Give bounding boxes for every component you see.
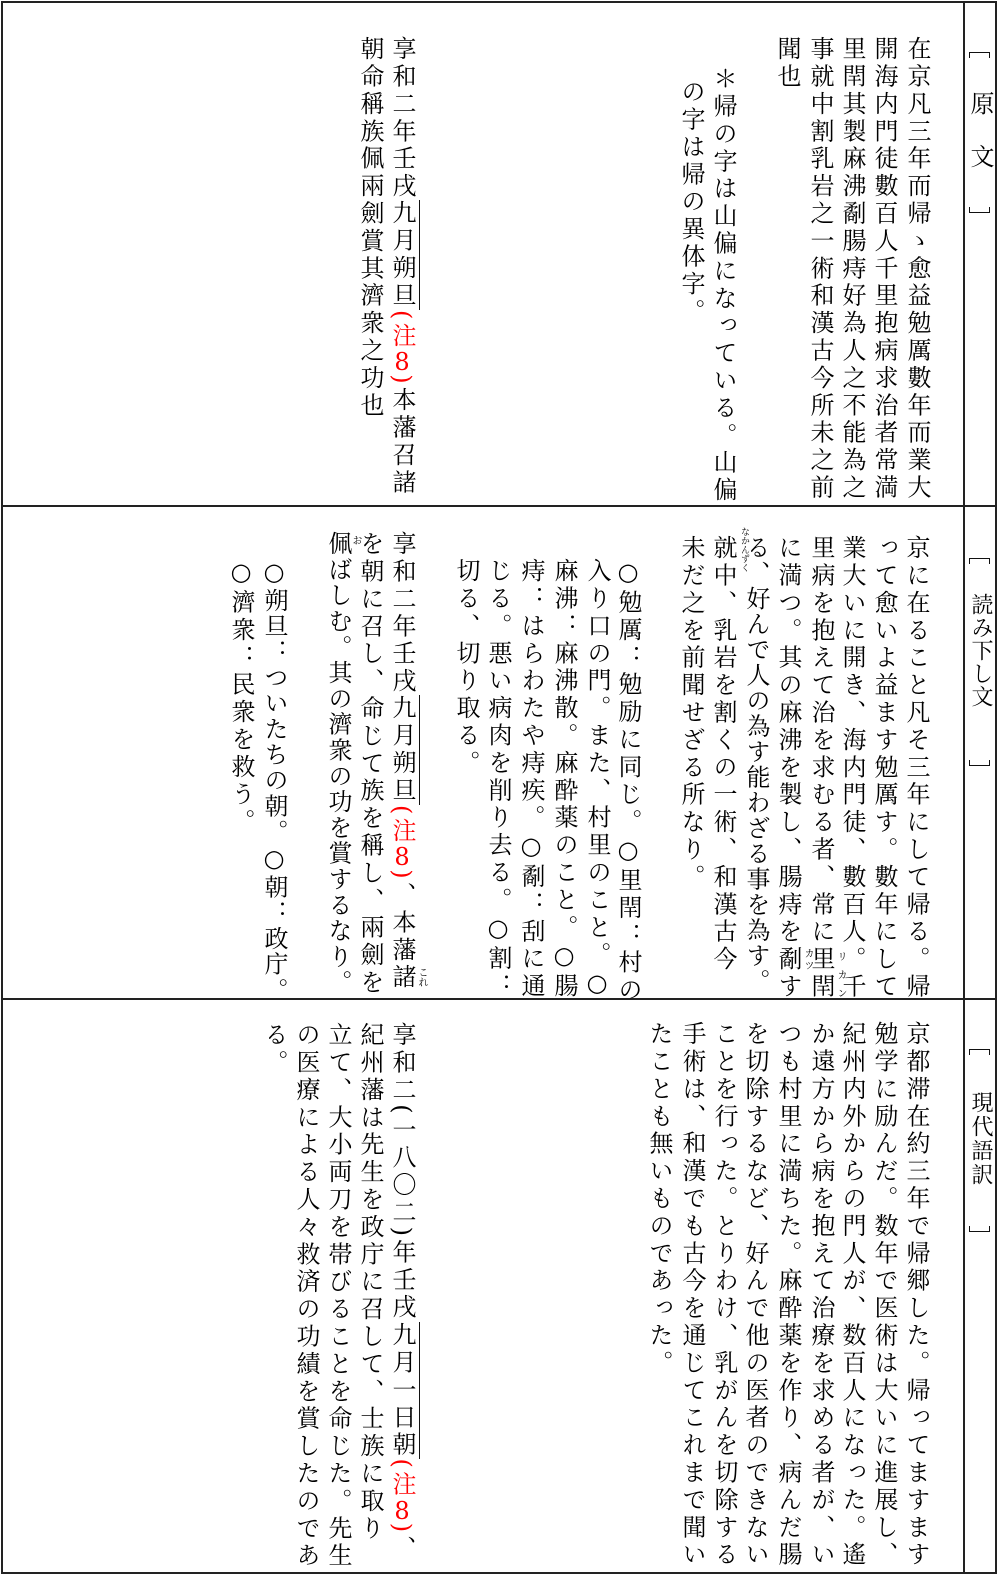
ruby-base: 劀 [774,946,802,973]
ruby-annotated-word: 諸これ [388,964,416,991]
note-ref-label: 注 [388,1471,416,1498]
note-ref-open: ( [388,310,416,323]
note-reference: (注8) [388,310,416,387]
translation-text-line: 京都滞在約三年で帰郷した。帰ってますます [900,1021,932,1569]
note-ref-close: ) [388,374,416,387]
note-ref-label: 注 [388,323,416,350]
bracket-open-icon [969,558,990,564]
ruby-reading: これ [416,967,426,987]
reading-text-line: に満つ。其の麻沸を製し、腸痔を劀カツす [772,535,804,1001]
note-ref-number: 8 [388,350,416,374]
sidelined-date: 九月朔旦 [388,695,420,805]
note-reference: (注8) [388,1459,416,1536]
closing-line: る。 [258,1022,290,1077]
row-divider-1 [1,505,997,507]
bracket-open-icon [969,1049,990,1055]
section-label-reading: 読み下し文 [969,593,991,708]
glossary-line: ○濟衆：民衆を救う。 [225,558,257,836]
original-text-line: 開海内門徒數百人千里抱病求治者常満 [868,36,900,502]
date-line: 享和二年壬戌九月朔旦(注8)本藩召諸 [386,36,418,497]
original-text-line: 事就中割乳岩之一術和漢古今所未之前 [804,36,836,502]
line-text: す [774,973,802,1000]
note-ref-number: 8 [388,845,416,869]
bracket-close-icon [969,207,990,213]
closing-line: の医療による人々救済の功績を賞したのであ [290,1022,322,1570]
note-ref-label: 注 [388,818,416,845]
translation-text-line: 紀州内外からの門人が、数百人になった。遙 [836,1021,868,1569]
glossary-line: 入り口の門。また、村里のこと。○ [581,558,613,1000]
date-line: 享和二年壬戌九月朔旦(注8)、本藩諸これ [386,531,418,992]
ruby-base: 佩 [324,531,352,557]
closing-line: 紀州藩は先生を政庁に召して、士族に取り [354,1022,386,1543]
note-ref-close: ) [388,869,416,882]
translation-text-line: を切除するなど、好んで他の医者のできない [739,1021,771,1569]
glossary-line: 痔：はらわたや痔疾。○劀：刮に通 [515,558,547,1000]
annotation-line: の字は帰の異体字。 [675,79,707,326]
glossary-line: 切る、切り取る。 [450,558,482,777]
reading-text-line: 未だ之を前聞せざる所なり。 [675,535,707,891]
glossary-line: じる。悪い病肉を削り去る。○割： [482,558,514,1000]
translation-text-line: たことも無いものであった。 [643,1021,675,1377]
glossary-line: ○朔旦：ついたちの朝。○朝：政庁。 [258,558,290,1003]
translation-text-line: つも村里に満ちた。麻酔薬を作り、病んだ腸 [772,1021,804,1569]
bracket-open-icon [969,52,990,58]
ruby-reading: カツ [802,948,812,972]
reading-text-line: 京に在ること凡そ三年にして帰る。帰 [900,535,932,1001]
closing-line: 朝命稱族佩兩劍賞其濟衆之功也 [354,36,386,420]
ruby-base: 就中 [709,535,737,590]
date-line-pre: 享和二年壬戌 [388,36,416,200]
closing-line: 佩おばしむ。其の濟衆の功を賞するなり。 [322,531,354,995]
line-text: に満つ。其の麻沸を製し、腸痔を [774,535,802,946]
glossary-line: 麻沸：麻沸散。麻酔薬のこと。○腸 [548,558,580,1000]
original-text-line: 在京凡三年而帰ゝ愈益勉厲數年而業大 [901,36,933,502]
translation-text-line: か遠方から病を抱えて治療を求める者が、い [805,1021,837,1569]
bracket-close-icon [969,760,990,766]
sidelined-date: 九月朔旦 [388,200,420,310]
ruby-base: 諸 [388,964,416,991]
reading-text-line: って愈いよ益ます勉厲す。數年にして [868,535,900,1001]
reading-text-line: 業大いに開き、海内門徒、數百人。千 [836,535,868,1001]
date-line-pre: 享和二(一八〇二)年壬戌 [388,1022,416,1322]
note-ref-close: ) [388,1523,416,1536]
original-text-line: 聞也 [771,36,803,91]
note-ref-open: ( [388,1459,416,1472]
date-line-post: 、 [388,1535,416,1562]
line-text: ばしむ。其の濟衆の功を賞するなり。 [324,557,352,996]
section-label-translation: 現代語訳 [969,1091,991,1187]
annotation-line: ＊帰の字は山偏になっている。山偏 [707,66,739,504]
ruby-reading: リカン [835,951,845,1007]
note-reference: (注8) [388,805,416,882]
ruby-reading: お [350,535,360,545]
translation-text-line: ことを行った。とりわけ、乳がんを切除する [708,1021,740,1569]
line-text: 里病を抱えて治を求むる者、常に [807,535,835,946]
sidelined-date: 九月一日朝 [388,1322,420,1459]
reading-text-line: る、好んで人の為す能わざる事を為す。 [740,535,772,994]
note-ref-number: 8 [388,1499,416,1523]
translation-text-line: 勉学に励んだ。数年で医術は大いに進展し、 [868,1021,900,1569]
glossary-line: ○勉厲：勉励に同じ。○里閈：村の [612,558,644,1004]
translation-text-line: 手術は、和漢でも古今を通じてこれまで聞い [676,1021,708,1569]
closing-line: 立て、大小両刀を帯びることを命じた。先生 [322,1022,354,1570]
date-line-pre: 享和二年壬戌 [388,531,416,695]
bracket-close-icon [969,1226,990,1232]
label-column-divider [963,1,965,1574]
ruby-annotated-word: 佩お [324,531,352,557]
date-line-post: 、本藩 [388,882,416,964]
section-label-original: 原文 [968,91,992,197]
date-line: 享和二(一八〇二)年壬戌九月一日朝(注8)、 [386,1022,418,1563]
line-text: 、乳岩を割くの一術、和漢古今 [709,590,737,974]
original-text-line: 里閈其製麻沸劀腸痔好為人之不能為之 [836,36,868,502]
reading-text-line: 里病を抱えて治を求むる者、常に里閈リカン [805,535,837,1001]
ruby-reading: なかんずく [739,527,748,572]
note-ref-open: ( [388,805,416,818]
date-line-post: 本藩召諸 [388,387,416,497]
reading-text-line: 就中なかんずく、乳岩を割くの一術、和漢古今 [707,535,739,973]
closing-line: を朝に召し、命じて族を稱し、兩劍を [354,531,386,997]
ruby-annotated-word: 就中なかんずく [709,535,737,590]
ruby-annotated-word: 劀カツ [774,946,802,973]
